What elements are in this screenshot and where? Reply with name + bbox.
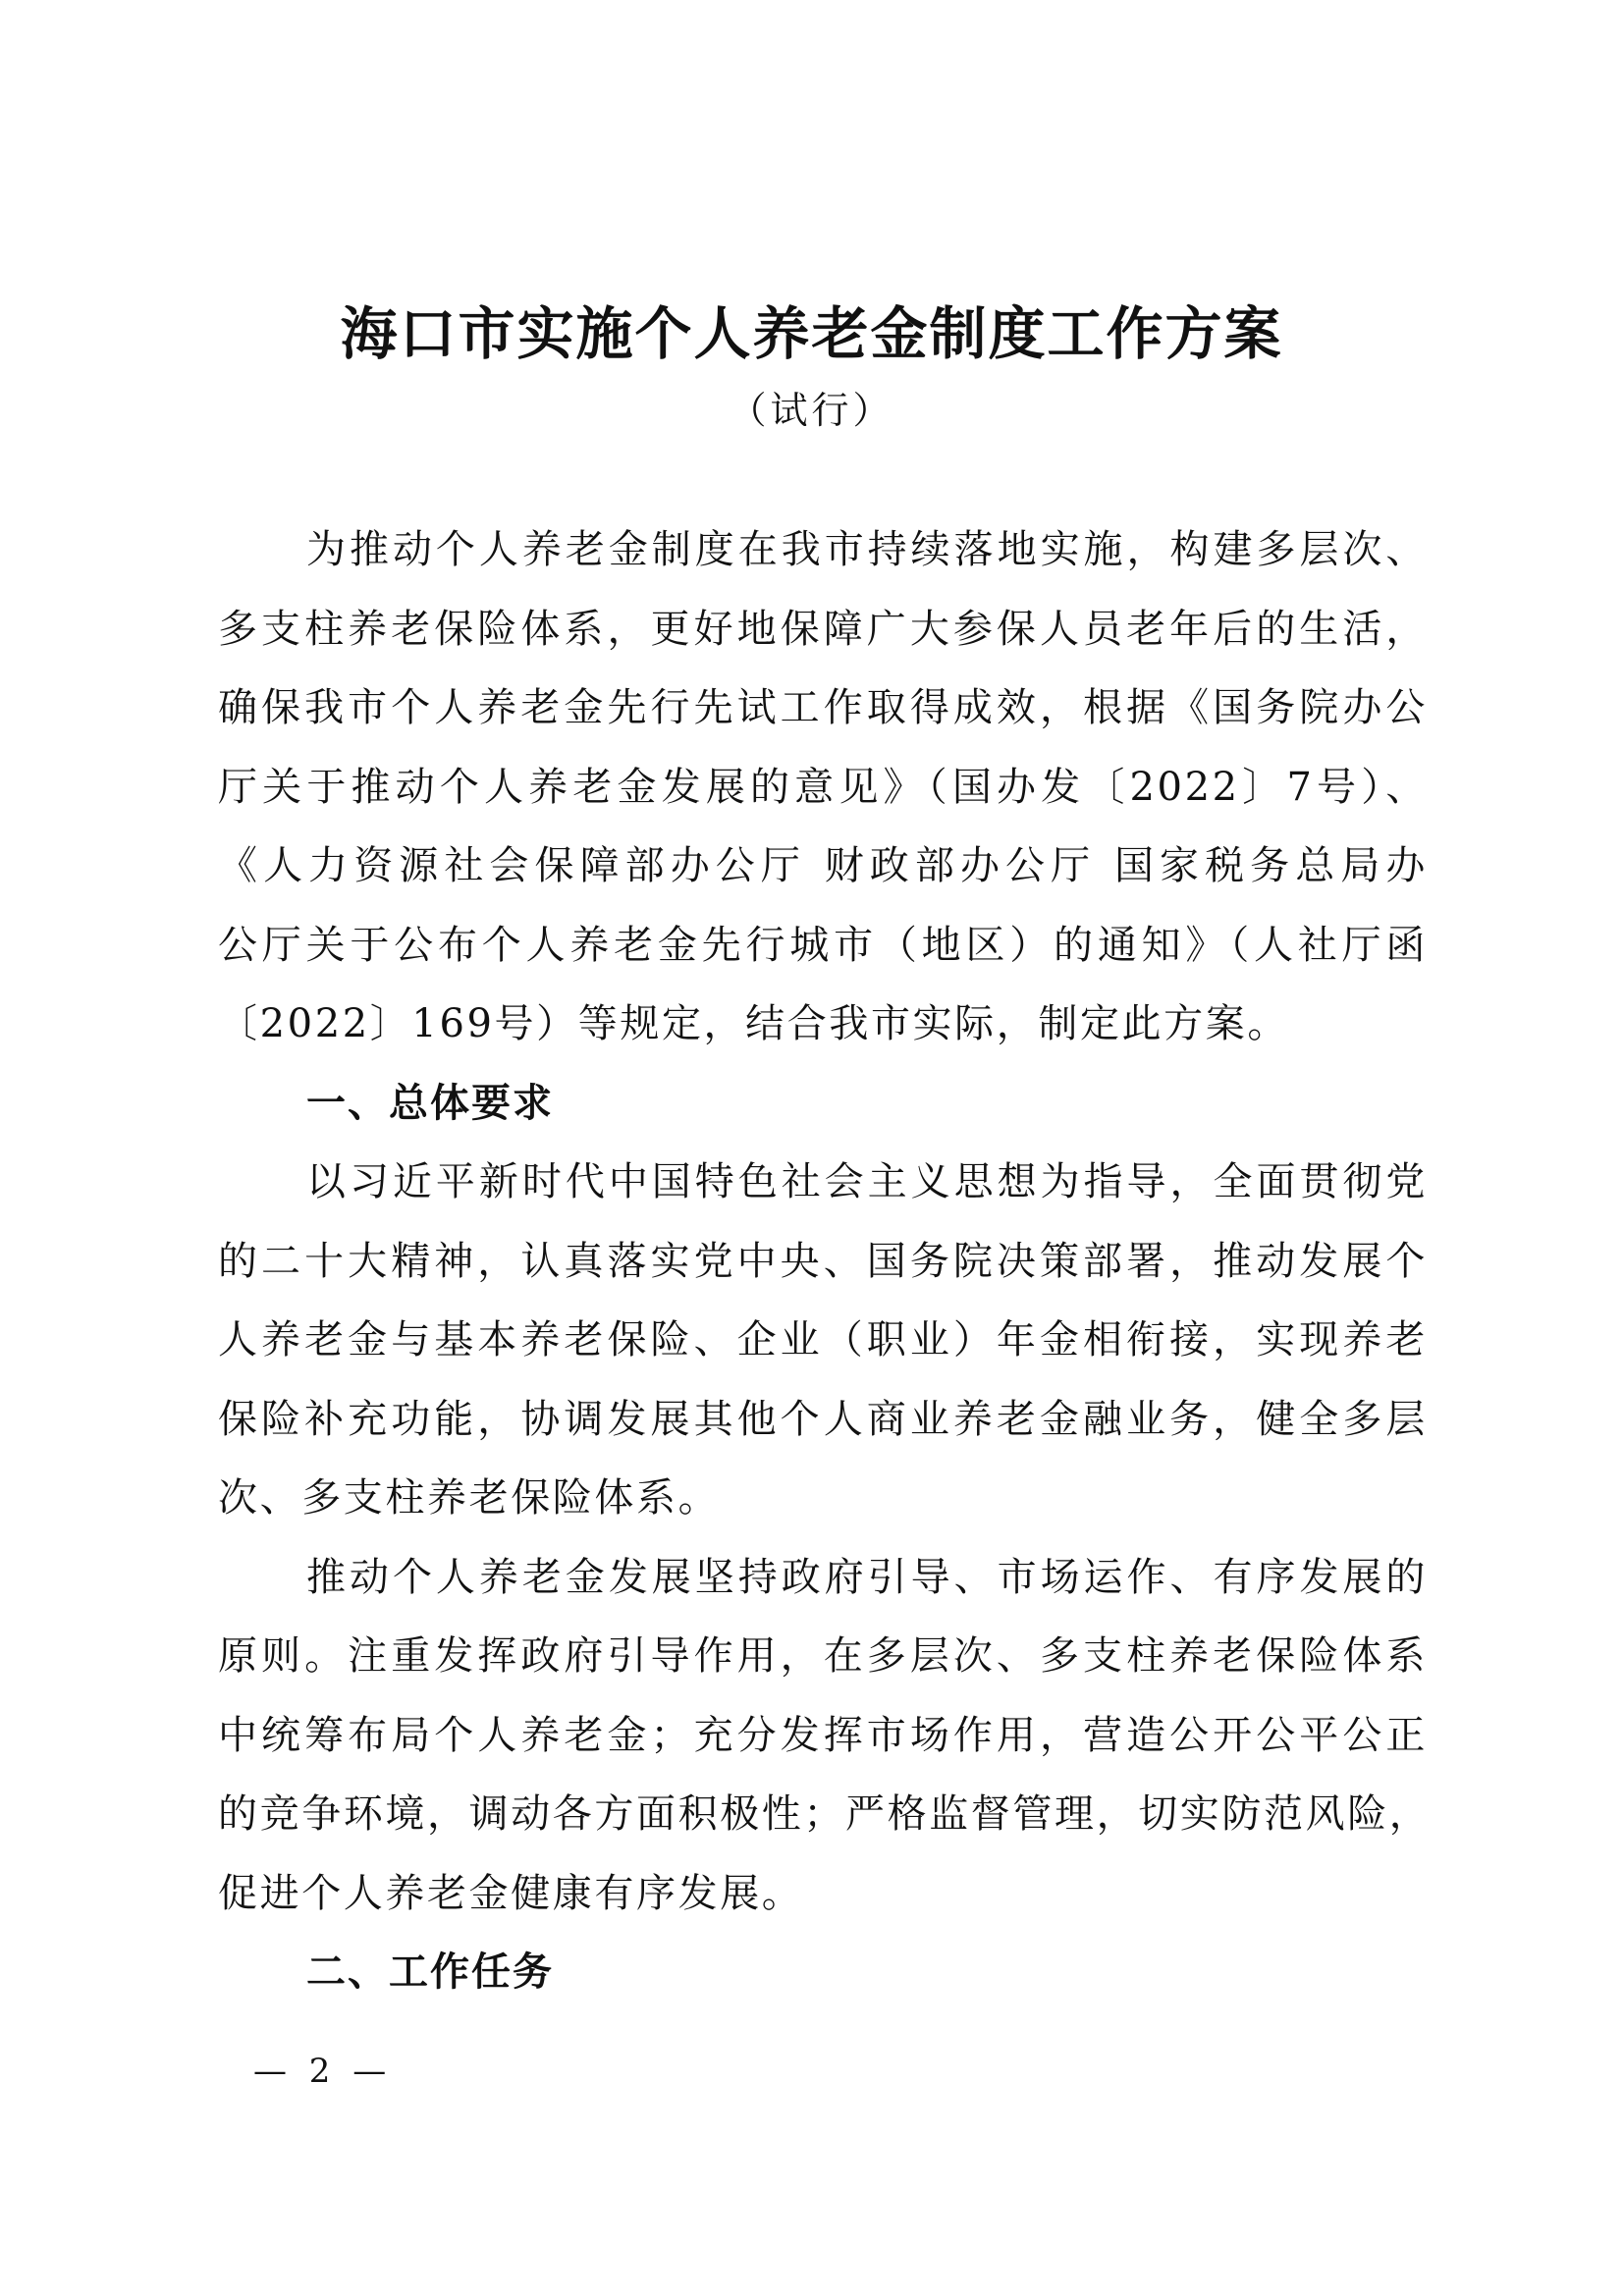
paragraph-line: 〔2022〕169号）等规定，结合我市实际，制定此方案。 (218, 985, 1428, 1064)
paragraph-line: 中统筹布局个人养老金；充分发挥市场作用，营造公开公平公正 (218, 1696, 1428, 1776)
section-1-paragraph-2: 推动个人养老金发展坚持政府引导、市场运作、有序发展的 原则。注重发挥政府引导作用… (218, 1538, 1428, 1934)
paragraph-line: 的二十大精神，认真落实党中央、国务院决策部署，推动发展个 (218, 1222, 1428, 1302)
paragraph-line: 保险补充功能，协调发展其他个人商业养老金融业务，健全多层 (218, 1380, 1428, 1460)
paragraph-line: 多支柱养老保险体系，更好地保障广大参保人员老年后的生活， (218, 590, 1428, 669)
paragraph-line: 厅关于推动个人养老金发展的意见》（国办发〔2022〕7号）、 (218, 748, 1428, 828)
document-title: 海口市实施个人养老金制度工作方案 (0, 294, 1623, 373)
document-page: 海口市实施个人养老金制度工作方案 （试行） 为推动个人养老金制度在我市持续落地实… (0, 0, 1623, 2296)
section-heading-work-tasks: 二、工作任务 (218, 1933, 1428, 2012)
paragraph-line: 的竞争环境，调动各方面积极性；严格监督管理，切实防范风险， (218, 1775, 1428, 1854)
document-body: 为推动个人养老金制度在我市持续落地实施，构建多层次、 多支柱养老保险体系，更好地… (218, 510, 1428, 2012)
paragraph-line: 为推动个人养老金制度在我市持续落地实施，构建多层次、 (218, 510, 1428, 590)
paragraph-line: 次、多支柱养老保险体系。 (218, 1459, 1428, 1538)
document-subtitle: （试行） (0, 383, 1623, 438)
section-heading-general-requirements: 一、总体要求 (218, 1064, 1428, 1144)
paragraph-line: 以习近平新时代中国特色社会主义思想为指导，全面贯彻党 (218, 1143, 1428, 1222)
section-1-paragraph-1: 以习近平新时代中国特色社会主义思想为指导，全面贯彻党 的二十大精神，认真落实党中… (218, 1143, 1428, 1538)
page-number: — 2 — (253, 2047, 392, 2096)
paragraph-line: 确保我市个人养老金先行先试工作取得成效，根据《国务院办公 (218, 668, 1428, 748)
paragraph-line: 促进个人养老金健康有序发展。 (218, 1854, 1428, 1934)
paragraph-line: 人养老金与基本养老保险、企业（职业）年金相衔接，实现养老 (218, 1301, 1428, 1380)
intro-paragraph: 为推动个人养老金制度在我市持续落地实施，构建多层次、 多支柱养老保险体系，更好地… (218, 510, 1428, 1064)
paragraph-line: 推动个人养老金发展坚持政府引导、市场运作、有序发展的 (218, 1538, 1428, 1618)
paragraph-line: 原则。注重发挥政府引导作用，在多层次、多支柱养老保险体系 (218, 1617, 1428, 1696)
paragraph-line: 公厅关于公布个人养老金先行城市（地区）的通知》（人社厅函 (218, 906, 1428, 986)
paragraph-line: 《人力资源社会保障部办公厅 财政部办公厅 国家税务总局办 (218, 827, 1428, 906)
